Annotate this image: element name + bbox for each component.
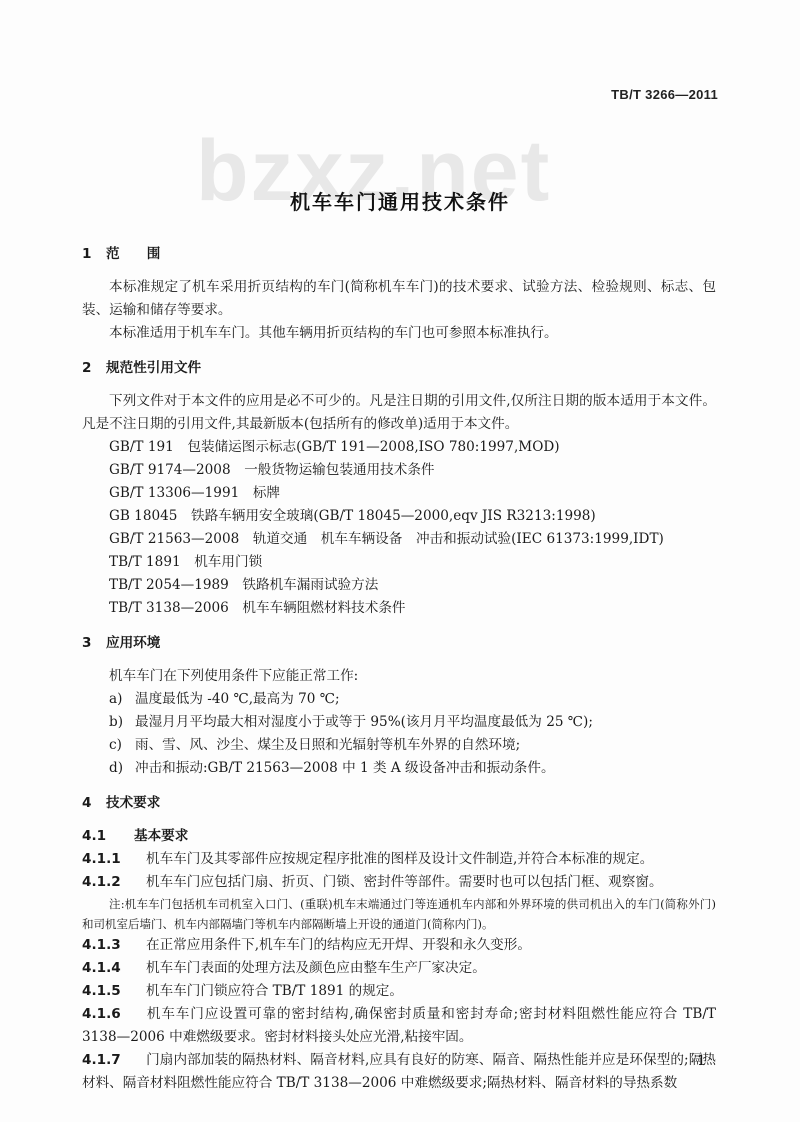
list-label: d) [109, 757, 135, 780]
section-number: 4 [82, 792, 106, 815]
clause-text: 机车车门门锁应符合 TB/T 1891 的规定。 [146, 983, 403, 999]
list-text: 温度最低为 -40 ℃,最高为 70 ℃; [135, 691, 340, 707]
clause-number: 4.1.1 [82, 848, 146, 871]
document-body: 1范 围 本标准规定了机车采用折页结构的车门(简称机车车门)的技术要求、试验方法… [82, 243, 716, 1095]
reference-item: TB/T 1891 机车用门锁 [82, 551, 716, 574]
clause: 4.1.3在正常应用条件下,机车车门的结构应无开焊、开裂和永久变形。 [82, 934, 716, 957]
clause: 4.1.7门扇内部加装的隔热材料、隔音材料,应具有良好的防寒、隔音、隔热性能并应… [82, 1049, 716, 1095]
clause-text: 机车车门表面的处理方法及颜色应由整车生产厂家决定。 [146, 960, 486, 976]
section-number: 3 [82, 632, 106, 655]
reference-item: GB/T 21563—2008 轨道交通 机车车辆设备 冲击和振动试验(IEC … [82, 528, 716, 551]
section-title: 应用环境 [106, 635, 160, 651]
section-number: 1 [82, 243, 106, 266]
clause-text: 机车车门应包括门扇、折页、门锁、密封件等部件。需要时也可以包括门框、观察窗。 [146, 874, 663, 890]
section-2-heading: 2规范性引用文件 [82, 357, 716, 380]
paragraph: 本标准适用于机车车门。其他车辆用折页结构的车门也可参照本标准执行。 [82, 322, 716, 345]
section-title: 技术要求 [106, 795, 160, 811]
paragraph: 机车车门在下列使用条件下应能正常工作: [82, 665, 716, 688]
clause: 4.1.4机车车门表面的处理方法及颜色应由整车生产厂家决定。 [82, 957, 716, 980]
clause: 4.1.6机车车门应设置可靠的密封结构,确保密封质量和密封寿命;密封材料阻燃性能… [82, 1003, 716, 1049]
reference-item: GB 18045 铁路车辆用安全玻璃(GB/T 18045—2000,eqv J… [82, 505, 716, 528]
list-item: c)雨、雪、风、沙尘、煤尘及日照和光辐射等机车外界的自然环境; [82, 734, 716, 757]
subsection-number: 4.1 [82, 825, 134, 848]
clause-number: 4.1.7 [82, 1049, 146, 1072]
section-3-heading: 3应用环境 [82, 632, 716, 655]
clause-number: 4.1.5 [82, 980, 146, 1003]
clause-text: 机车车门应设置可靠的密封结构,确保密封质量和密封寿命;密封材料阻燃性能应符合 T… [82, 1006, 716, 1045]
list-item: d)冲击和振动:GB/T 21563—2008 中 1 类 A 级设备冲击和振动… [82, 757, 716, 780]
note: 注:机车车门包括机车司机室入口门、(重联)机车末端通过门等连通机车内部和外界环境… [82, 894, 716, 934]
section-number: 2 [82, 357, 106, 380]
document-page: TB/T 3266—2011 bzxz.net 机车车门通用技术条件 1范 围 … [0, 0, 800, 1122]
clause-number: 4.1.6 [82, 1003, 146, 1026]
reference-item: GB/T 9174—2008 一般货物运输包装通用技术条件 [82, 459, 716, 482]
section-4-heading: 4技术要求 [82, 792, 716, 815]
list-text: 雨、雪、风、沙尘、煤尘及日照和光辐射等机车外界的自然环境; [135, 737, 520, 753]
clause-number: 4.1.4 [82, 957, 146, 980]
page-number: 1 [697, 1053, 706, 1069]
clause: 4.1.2机车车门应包括门扇、折页、门锁、密封件等部件。需要时也可以包括门框、观… [82, 871, 716, 894]
reference-item: GB/T 13306—1991 标牌 [82, 482, 716, 505]
list-text: 冲击和振动:GB/T 21563—2008 中 1 类 A 级设备冲击和振动条件… [135, 760, 555, 776]
clause-number: 4.1.2 [82, 871, 146, 894]
reference-item: TB/T 3138—2006 机车车辆阻燃材料技术条件 [82, 597, 716, 620]
reference-item: GB/T 191 包装储运图示标志(GB/T 191—2008,ISO 780:… [82, 436, 716, 459]
list-label: b) [109, 711, 135, 734]
paragraph: 下列文件对于本文件的应用是必不可少的。凡是注日期的引用文件,仅所注日期的版本适用… [82, 390, 716, 436]
list-text: 最湿月月平均最大相对湿度小于或等于 95%(该月月平均温度最低为 25 ℃); [135, 714, 593, 730]
list-label: a) [109, 688, 135, 711]
clause-text: 门扇内部加装的隔热材料、隔音材料,应具有良好的防寒、隔音、隔热性能并应是环保型的… [82, 1052, 716, 1091]
section-1-heading: 1范 围 [82, 243, 716, 266]
clause-number: 4.1.3 [82, 934, 146, 957]
section-title: 规范性引用文件 [106, 360, 201, 376]
clause: 4.1.5机车车门门锁应符合 TB/T 1891 的规定。 [82, 980, 716, 1003]
subsection-heading: 4.1基本要求 [82, 825, 716, 848]
subsection-title: 基本要求 [134, 828, 188, 844]
paragraph: 本标准规定了机车采用折页结构的车门(简称机车车门)的技术要求、试验方法、检验规则… [82, 276, 716, 322]
reference-item: TB/T 2054—1989 铁路机车漏雨试验方法 [82, 574, 716, 597]
standard-code: TB/T 3266—2011 [611, 87, 718, 102]
list-label: c) [109, 734, 135, 757]
clause-text: 在正常应用条件下,机车车门的结构应无开焊、开裂和永久变形。 [146, 937, 531, 953]
clause: 4.1.1机车车门及其零部件应按规定程序批准的图样及设计文件制造,并符合本标准的… [82, 848, 716, 871]
document-title: 机车车门通用技术条件 [0, 186, 800, 215]
list-item: b)最湿月月平均最大相对湿度小于或等于 95%(该月月平均温度最低为 25 ℃)… [82, 711, 716, 734]
list-item: a)温度最低为 -40 ℃,最高为 70 ℃; [82, 688, 716, 711]
section-title: 范 围 [106, 246, 160, 262]
clause-text: 机车车门及其零部件应按规定程序批准的图样及设计文件制造,并符合本标准的规定。 [146, 851, 653, 867]
